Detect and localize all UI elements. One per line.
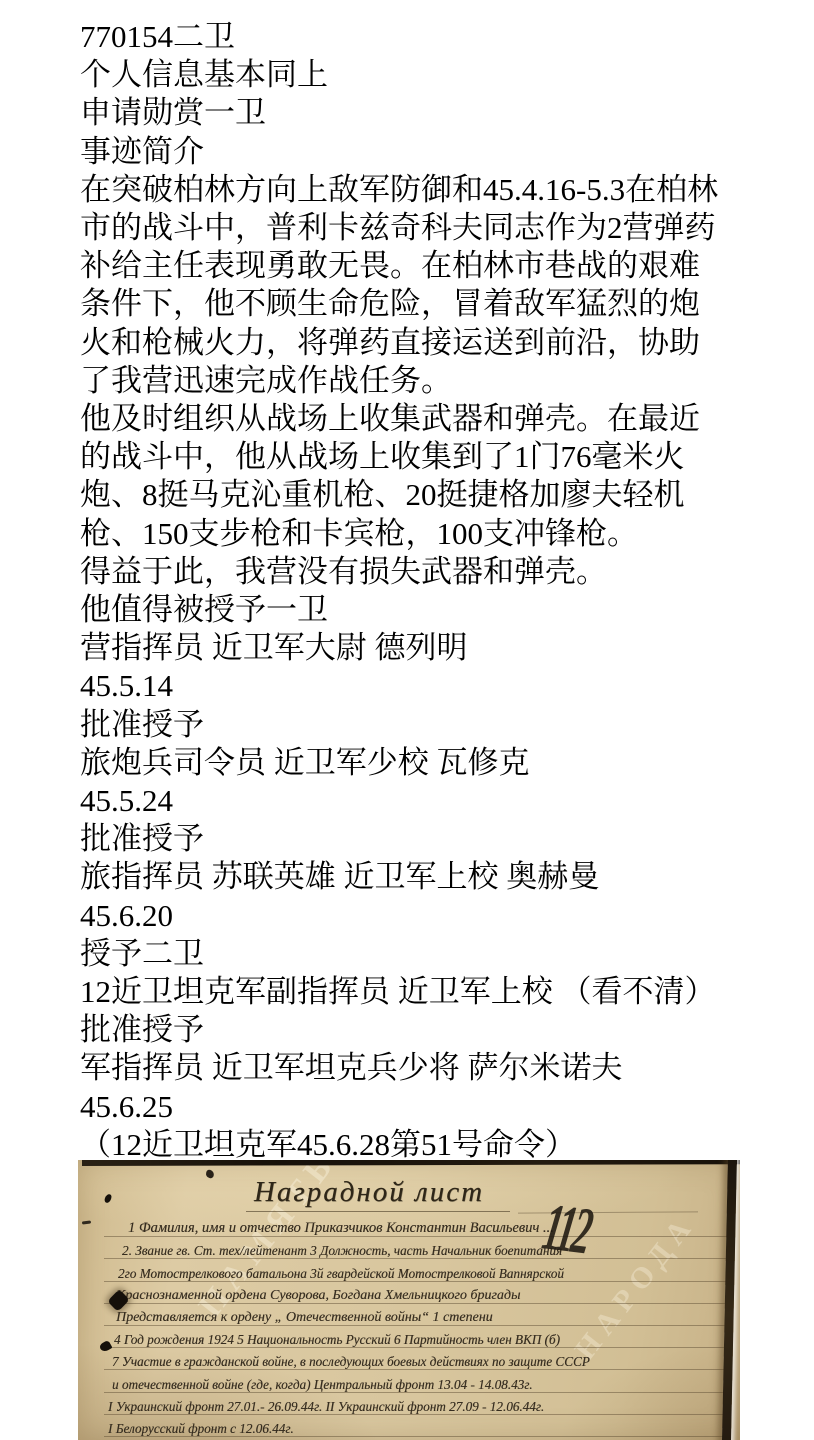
- screenshot-root: { "page": { "background": "#ffffff", "te…: [0, 0, 814, 1440]
- scan-title: Наградной лист: [206, 1175, 550, 1212]
- scan-top-edge: [82, 1160, 740, 1166]
- handwritten-line: 1 Фамилия, имя и отчество Приказчиков Ко…: [104, 1215, 727, 1237]
- transcript-line: 市的战斗中，普利卡兹奇科夫同志作为2营弹药: [80, 209, 794, 247]
- transcript-line: 事迹简介: [80, 133, 794, 171]
- transcript-line: 营指挥员 近卫军大尉 德列明: [80, 629, 794, 667]
- transcript-line: 补给主任表现勇敢无畏。在柏林市巷战的艰难: [80, 247, 794, 285]
- transcript-line: （12近卫坦克军45.6.28第51号命令）: [80, 1126, 794, 1164]
- transcript-line: 旅炮兵司令员 近卫军少校 瓦修克: [80, 744, 794, 782]
- transcript-line: 旅指挥员 苏联英雄 近卫军上校 奥赫曼: [80, 858, 794, 896]
- handwritten-line: Краснознаменной ордена Суворова, Богдана…: [104, 1282, 727, 1304]
- transcript-line: 了我营迅速完成作战任务。: [80, 362, 794, 400]
- transcript-line: 申请勋赏一卫: [80, 94, 794, 132]
- scan-title-text: Наградной лист: [246, 1175, 510, 1212]
- transcript-line: 他及时组织从战场上收集武器和弹壳。在最近: [80, 400, 794, 438]
- title-ruled-line: [518, 1211, 698, 1213]
- handwritten-line: 2. Звание гв. Ст. тех/лейтенант 3 Должно…: [104, 1237, 727, 1259]
- scan-page-edge: [722, 1160, 737, 1440]
- transcript-line: 的战斗中，他从战场上收集到了1门76毫米火: [80, 438, 794, 476]
- chinese-transcript-block: 770154二卫个人信息基本同上申请勋赏一卫事迹简介在突破柏林方向上敌军防御和4…: [80, 18, 794, 1164]
- transcript-line: 45.5.14: [80, 667, 794, 705]
- transcript-line: 批准授予: [80, 1011, 794, 1049]
- transcript-line: 批准授予: [80, 706, 794, 744]
- transcript-line: 他值得被授予一卫: [80, 591, 794, 629]
- handwritten-line: Представляется к ордену „ Отечественной …: [104, 1304, 727, 1326]
- transcript-line: 45.5.24: [80, 782, 794, 820]
- award-sheet-scan: ПАМЯТЬ НАРОДА Наградной лист 1 Фамилия, …: [78, 1160, 740, 1440]
- transcript-line: 火和枪械火力，将弹药直接运送到前沿，协助: [80, 324, 794, 362]
- transcript-line: 在突破柏林方向上敌军防御和45.4.16-5.3在柏林: [80, 171, 794, 209]
- transcript-line: 得益于此，我营没有损失武器和弹壳。: [80, 553, 794, 591]
- handwritten-line: и отечественной войне (где, когда) Центр…: [104, 1370, 727, 1392]
- transcript-line: 个人信息基本同上: [80, 56, 794, 94]
- transcript-line: 批准授予: [80, 820, 794, 858]
- handwritten-line: 2го Мотострелкового батальона 3й гвардей…: [104, 1259, 727, 1281]
- handwritten-line: I Белорусский фронт с 12.06.44г.: [104, 1415, 727, 1437]
- transcript-line: 授予二卫: [80, 935, 794, 973]
- ink-spot: [82, 1220, 91, 1224]
- transcript-line: 770154二卫: [80, 18, 794, 56]
- handwritten-line: I Украинский фронт 27.01.- 26.09.44г. II…: [104, 1393, 727, 1415]
- transcript-line: 12近卫坦克军副指挥员 近卫军上校 （看不清）: [80, 973, 794, 1011]
- transcript-line: 45.6.25: [80, 1088, 794, 1126]
- handwritten-lines: 1 Фамилия, имя и отчество Приказчиков Ко…: [104, 1215, 727, 1437]
- ink-spot: [104, 1193, 113, 1204]
- transcript-line: 炮、8挺马克沁重机枪、20挺捷格加廖夫轻机: [80, 476, 794, 514]
- transcript-line: 军指挥员 近卫军坦克兵少将 萨尔米诺夫: [80, 1049, 794, 1087]
- handwritten-line: 7 Участие в гражданской войне, в последу…: [104, 1348, 727, 1370]
- handwritten-line: 4 Год рождения 1924 5 Национальность Рус…: [104, 1326, 727, 1348]
- transcript-line: 45.6.20: [80, 897, 794, 935]
- transcript-line: 条件下，他不顾生命危险，冒着敌军猛烈的炮: [80, 285, 794, 323]
- transcript-line: 枪、150支步枪和卡宾枪，100支冲锋枪。: [80, 515, 794, 553]
